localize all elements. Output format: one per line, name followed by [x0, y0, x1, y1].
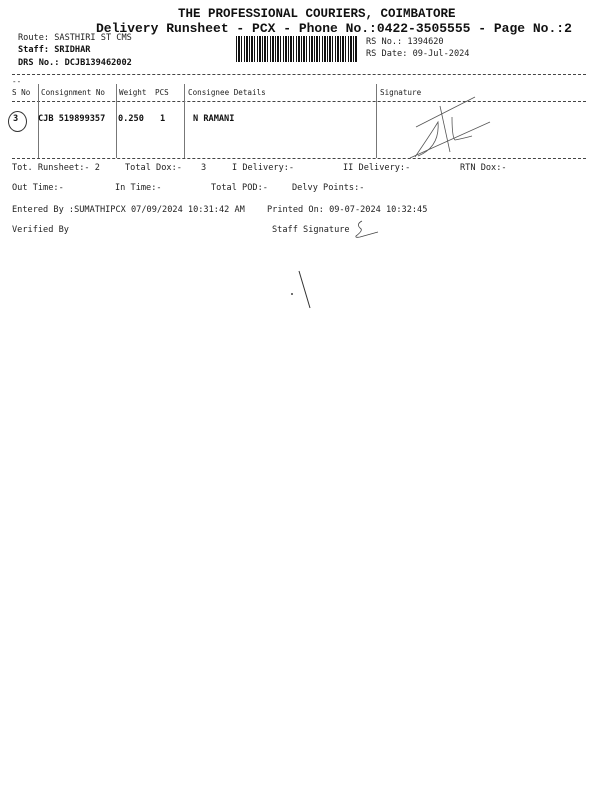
delvy-points: Delvy Points:-	[292, 183, 364, 193]
col-consignee-details: Consignee Details	[188, 88, 266, 97]
divider	[12, 74, 586, 75]
rs-date: RS Date: 09-Jul-2024	[366, 49, 469, 59]
row-consignment-no: CJB 519899357	[38, 114, 105, 124]
total-dox-label: Total Dox:-	[125, 163, 182, 173]
entered-by: Entered By :SUMATHIPCX 07/09/2024 10:31:…	[12, 205, 245, 215]
ii-delivery: II Delivery:-	[343, 163, 410, 173]
col-weight: Weight	[119, 88, 146, 97]
col-consignment-no: Consignment No	[41, 88, 105, 97]
printed-on: Printed On: 09-07-2024 10:32:45	[267, 205, 427, 215]
row-pcs: 1	[160, 114, 165, 124]
staff-signature-label: Staff Signature	[272, 225, 350, 235]
verified-by: Verified By	[12, 225, 69, 235]
tot-runsheet: Tot. Runsheet:- 2	[12, 163, 100, 173]
staff-label: Staff: SRIDHAR	[18, 45, 90, 55]
out-time: Out Time:-	[12, 183, 64, 193]
col-s-no: S No	[12, 88, 30, 97]
barcode-icon	[236, 36, 358, 62]
route-label: Route: SASTHIRI ST CMS	[18, 33, 132, 43]
col-pcs: PCS	[155, 88, 169, 97]
column-divider	[184, 84, 185, 158]
row-consignee: N RAMANI	[193, 114, 234, 124]
rs-number: RS No.: 1394620	[366, 37, 444, 47]
staff-signature-scribble-icon	[352, 218, 382, 240]
total-pod: Total POD:-	[211, 183, 268, 193]
drs-number: DRS No.: DCJB139462002	[18, 58, 132, 68]
total-dox-value: 3	[201, 163, 206, 173]
column-divider	[376, 84, 377, 158]
rtn-dox: RTN Dox:-	[460, 163, 507, 173]
divider	[12, 158, 586, 159]
runsheet-subtitle: Delivery Runsheet - PCX - Phone No.:0422…	[96, 21, 572, 36]
company-title: THE PROFESSIONAL COURIERS, COIMBATORE	[178, 7, 456, 21]
row-s-no: 3	[13, 114, 18, 124]
leading-mark: --	[12, 77, 21, 86]
handwritten-dl-signature-icon	[410, 92, 530, 162]
pen-mark-icon	[286, 266, 316, 316]
in-time: In Time:-	[115, 183, 162, 193]
column-divider	[116, 84, 117, 158]
i-delivery: I Delivery:-	[232, 163, 294, 173]
row-weight: 0.250	[118, 114, 144, 124]
